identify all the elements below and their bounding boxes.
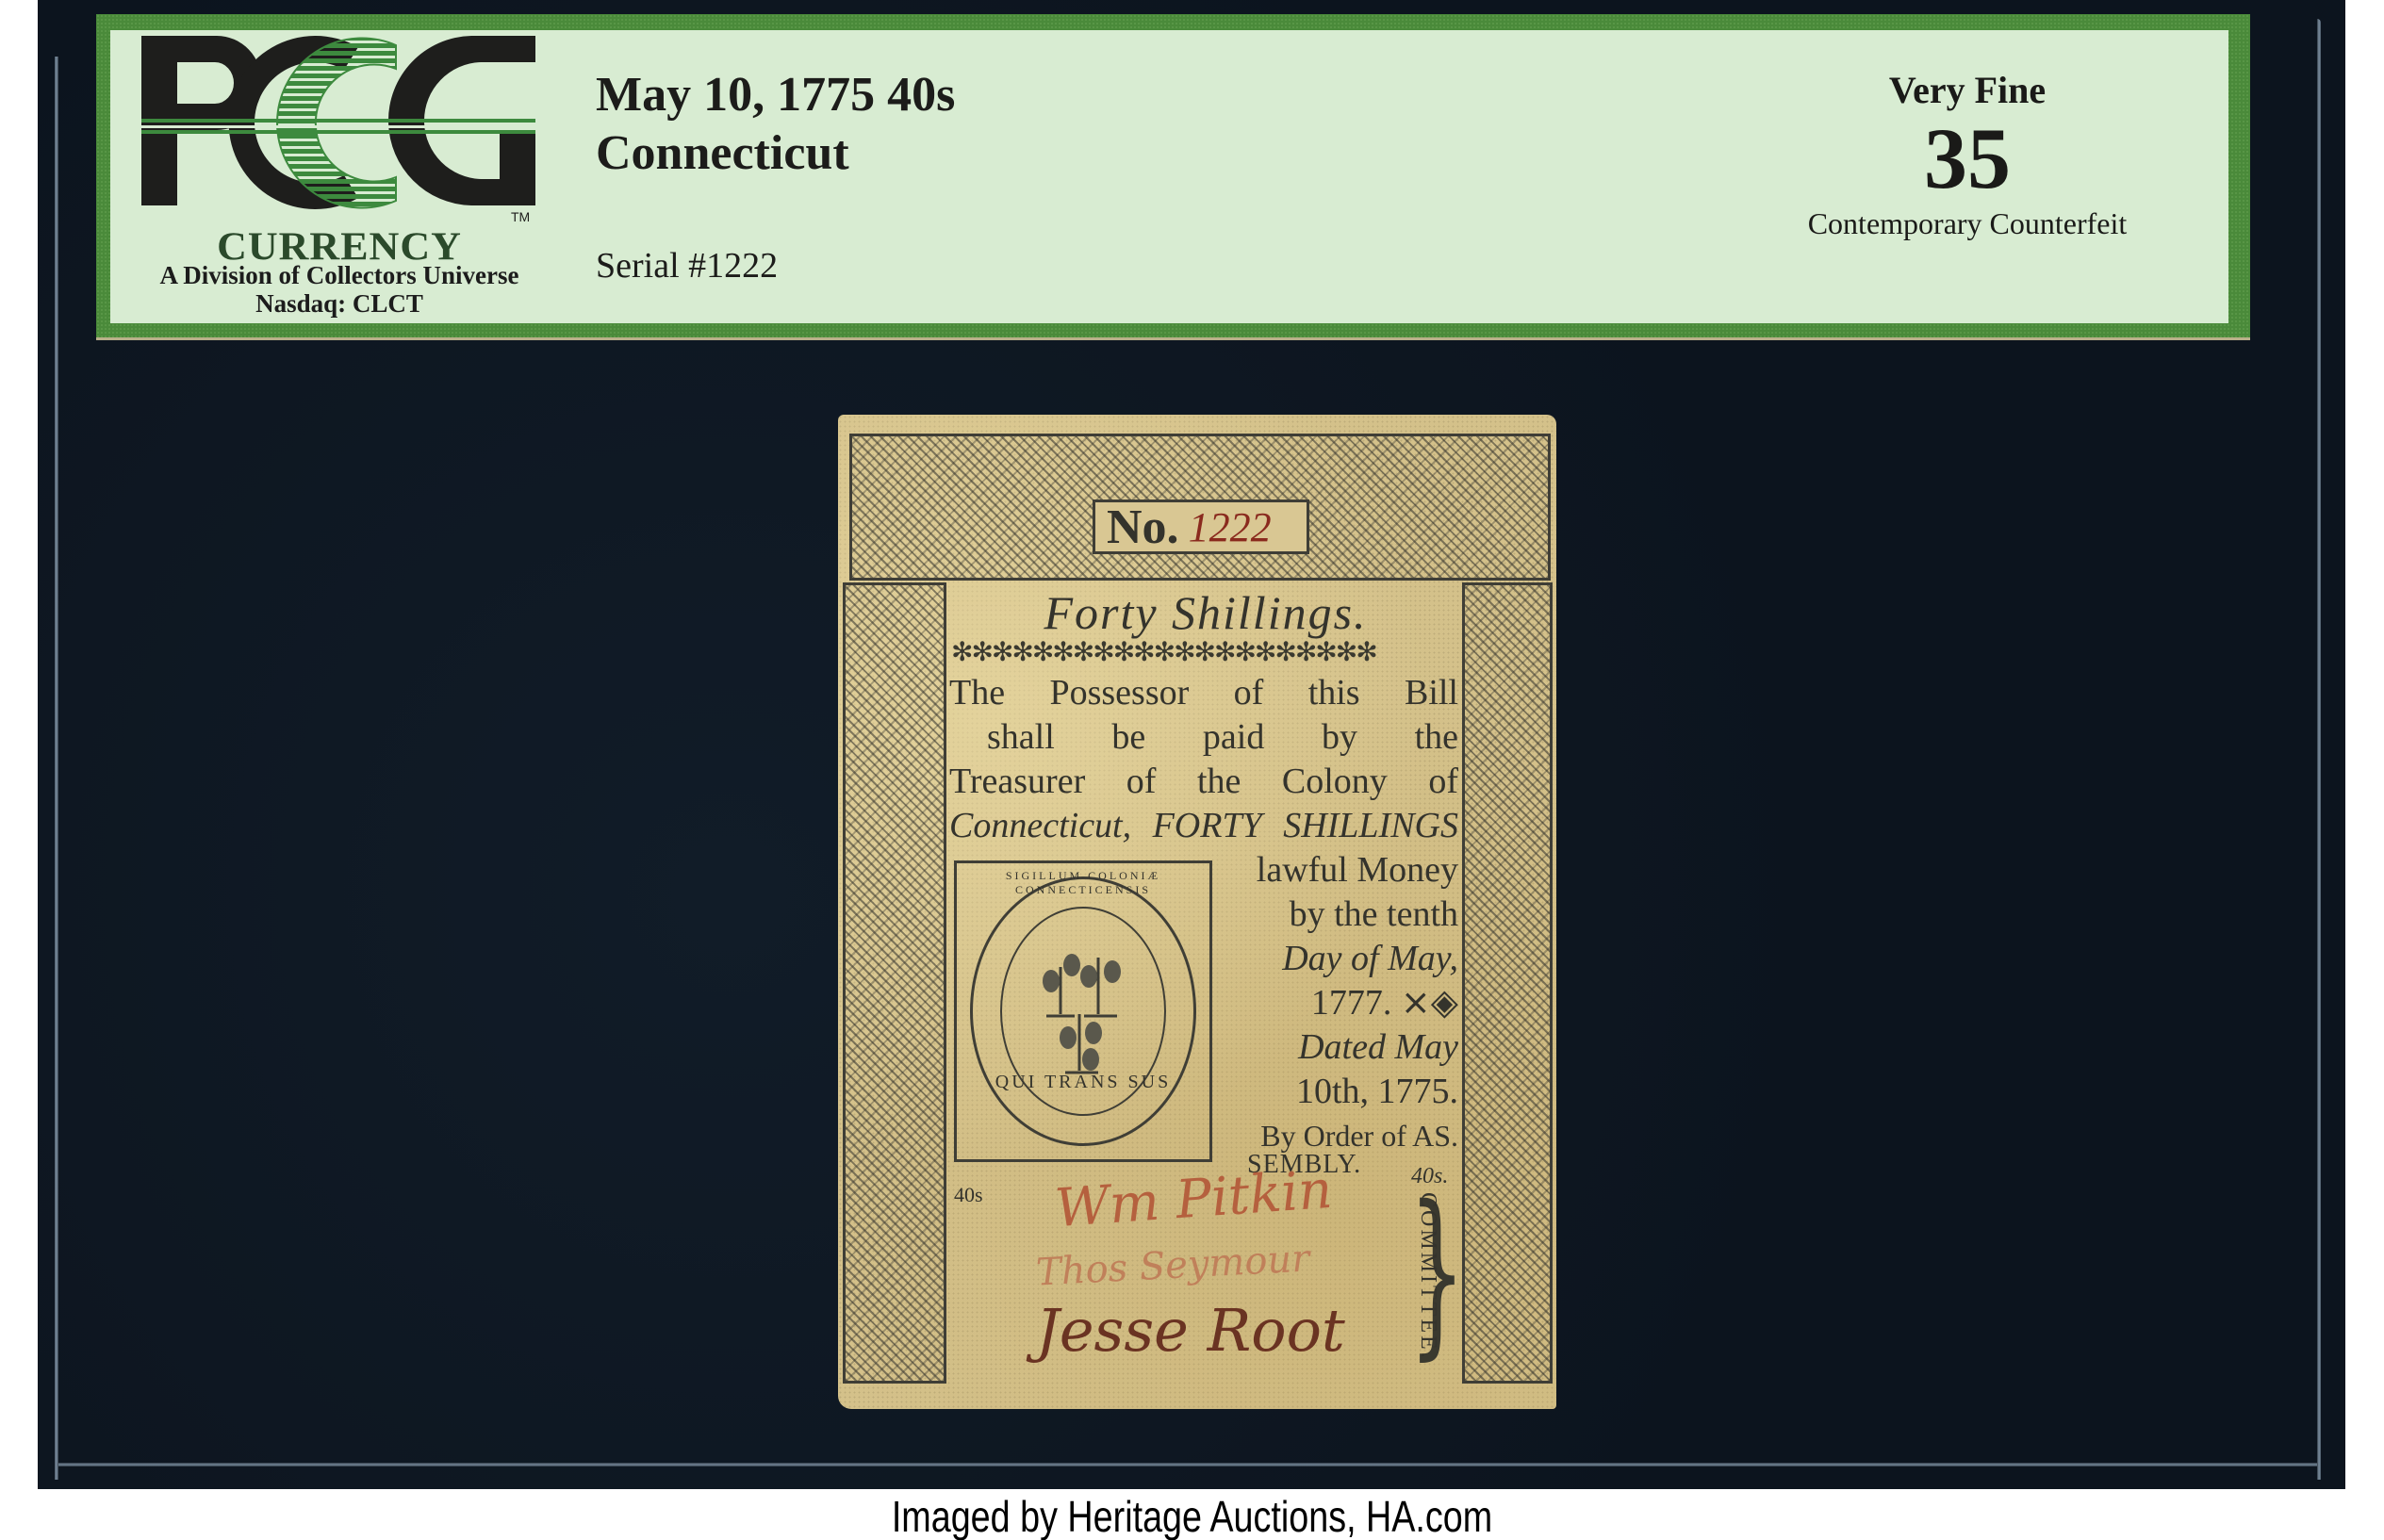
right-line: Day of May, [1223, 937, 1458, 981]
holder-left-edge [55, 57, 58, 1480]
body-line: Connecticut, FORTY SHILLINGS [949, 804, 1458, 848]
grading-label-inner: TM CURRENCY A Division of Collectors Uni… [110, 30, 2228, 323]
signature-3: Jesse Root [1036, 1296, 1345, 1365]
division-text: A Division of Collectors Universe [123, 261, 556, 289]
grading-label: TM CURRENCY A Division of Collectors Uni… [96, 14, 2250, 337]
seal-legend: SIGILLUM COLONIÆ CONNECTICENSIS [957, 869, 1209, 897]
grade-number: 35 [1703, 113, 2231, 204]
seal-motto: QUI TRANS SUS [957, 1072, 1209, 1093]
ticker-text: Nasdaq: CLCT [123, 289, 556, 318]
colony-seal: SIGILLUM COLONIÆ CONNECTICENSIS QUI TRAN… [954, 860, 1212, 1162]
signature-1: Wm Pitkin [1053, 1159, 1334, 1239]
left-ornament-border [843, 582, 946, 1384]
right-line: 1777. ⨯◈ [1223, 981, 1458, 1025]
serial-prefix: No. [1107, 500, 1179, 555]
label-serial: Serial #1222 [596, 245, 778, 287]
star-row: ✻✻✻✻✻✻✻✻✻✻✻✻✻✻✻✻✻✻✻✻✻ [951, 639, 1455, 667]
currency-wordmark: CURRENCY [141, 229, 537, 265]
note-title: May 10, 1775 40s [596, 66, 955, 124]
pcgs-logo-icon [141, 36, 537, 234]
right-line: lawful Money [1223, 848, 1458, 893]
trademark-mark: TM [511, 209, 530, 224]
holder-bottom-edge [58, 1463, 2317, 1466]
note-serial-box: No. 1222 [1093, 500, 1309, 554]
body-line: The Possessor of this Bill [949, 671, 1458, 715]
serial-handwritten: 1222 [1189, 503, 1272, 551]
note-state: Connecticut [596, 124, 849, 183]
body-line: shall be paid by the [949, 715, 1458, 760]
note-body-text: The Possessor of this Bill shall be paid… [949, 671, 1458, 848]
right-line: by the tenth [1223, 893, 1458, 937]
body-line: Treasurer of the Colony of [949, 760, 1458, 804]
denomination-left: 40s [954, 1183, 983, 1207]
committee-text: COMMITTEE. [1415, 1192, 1440, 1361]
grade-block: Very Fine 35 Contemporary Counterfeit [1703, 68, 2231, 243]
holder-right-edge [2317, 19, 2321, 1480]
note-right-column: lawful Money by the tenth Day of May, 17… [1223, 848, 1458, 1158]
right-line: Dated May [1223, 1025, 1458, 1070]
grade-designation: Contemporary Counterfeit [1703, 204, 2231, 243]
signature-2: Thos Seymour [1035, 1237, 1310, 1294]
grapevine-icon [1042, 948, 1126, 1080]
image-credit-caption: Imaged by Heritage Auctions, HA.com [215, 1494, 2170, 1539]
banknote-image: No. 1222 Forty Shillings. ✻✻✻✻✻✻✻✻✻✻✻✻✻✻… [838, 415, 1556, 1409]
note-heading: Forty Shillings. [951, 584, 1460, 641]
right-ornament-border [1462, 582, 1553, 1384]
grade-name: Very Fine [1703, 68, 2231, 113]
right-line: 10th, 1775. [1223, 1070, 1458, 1114]
